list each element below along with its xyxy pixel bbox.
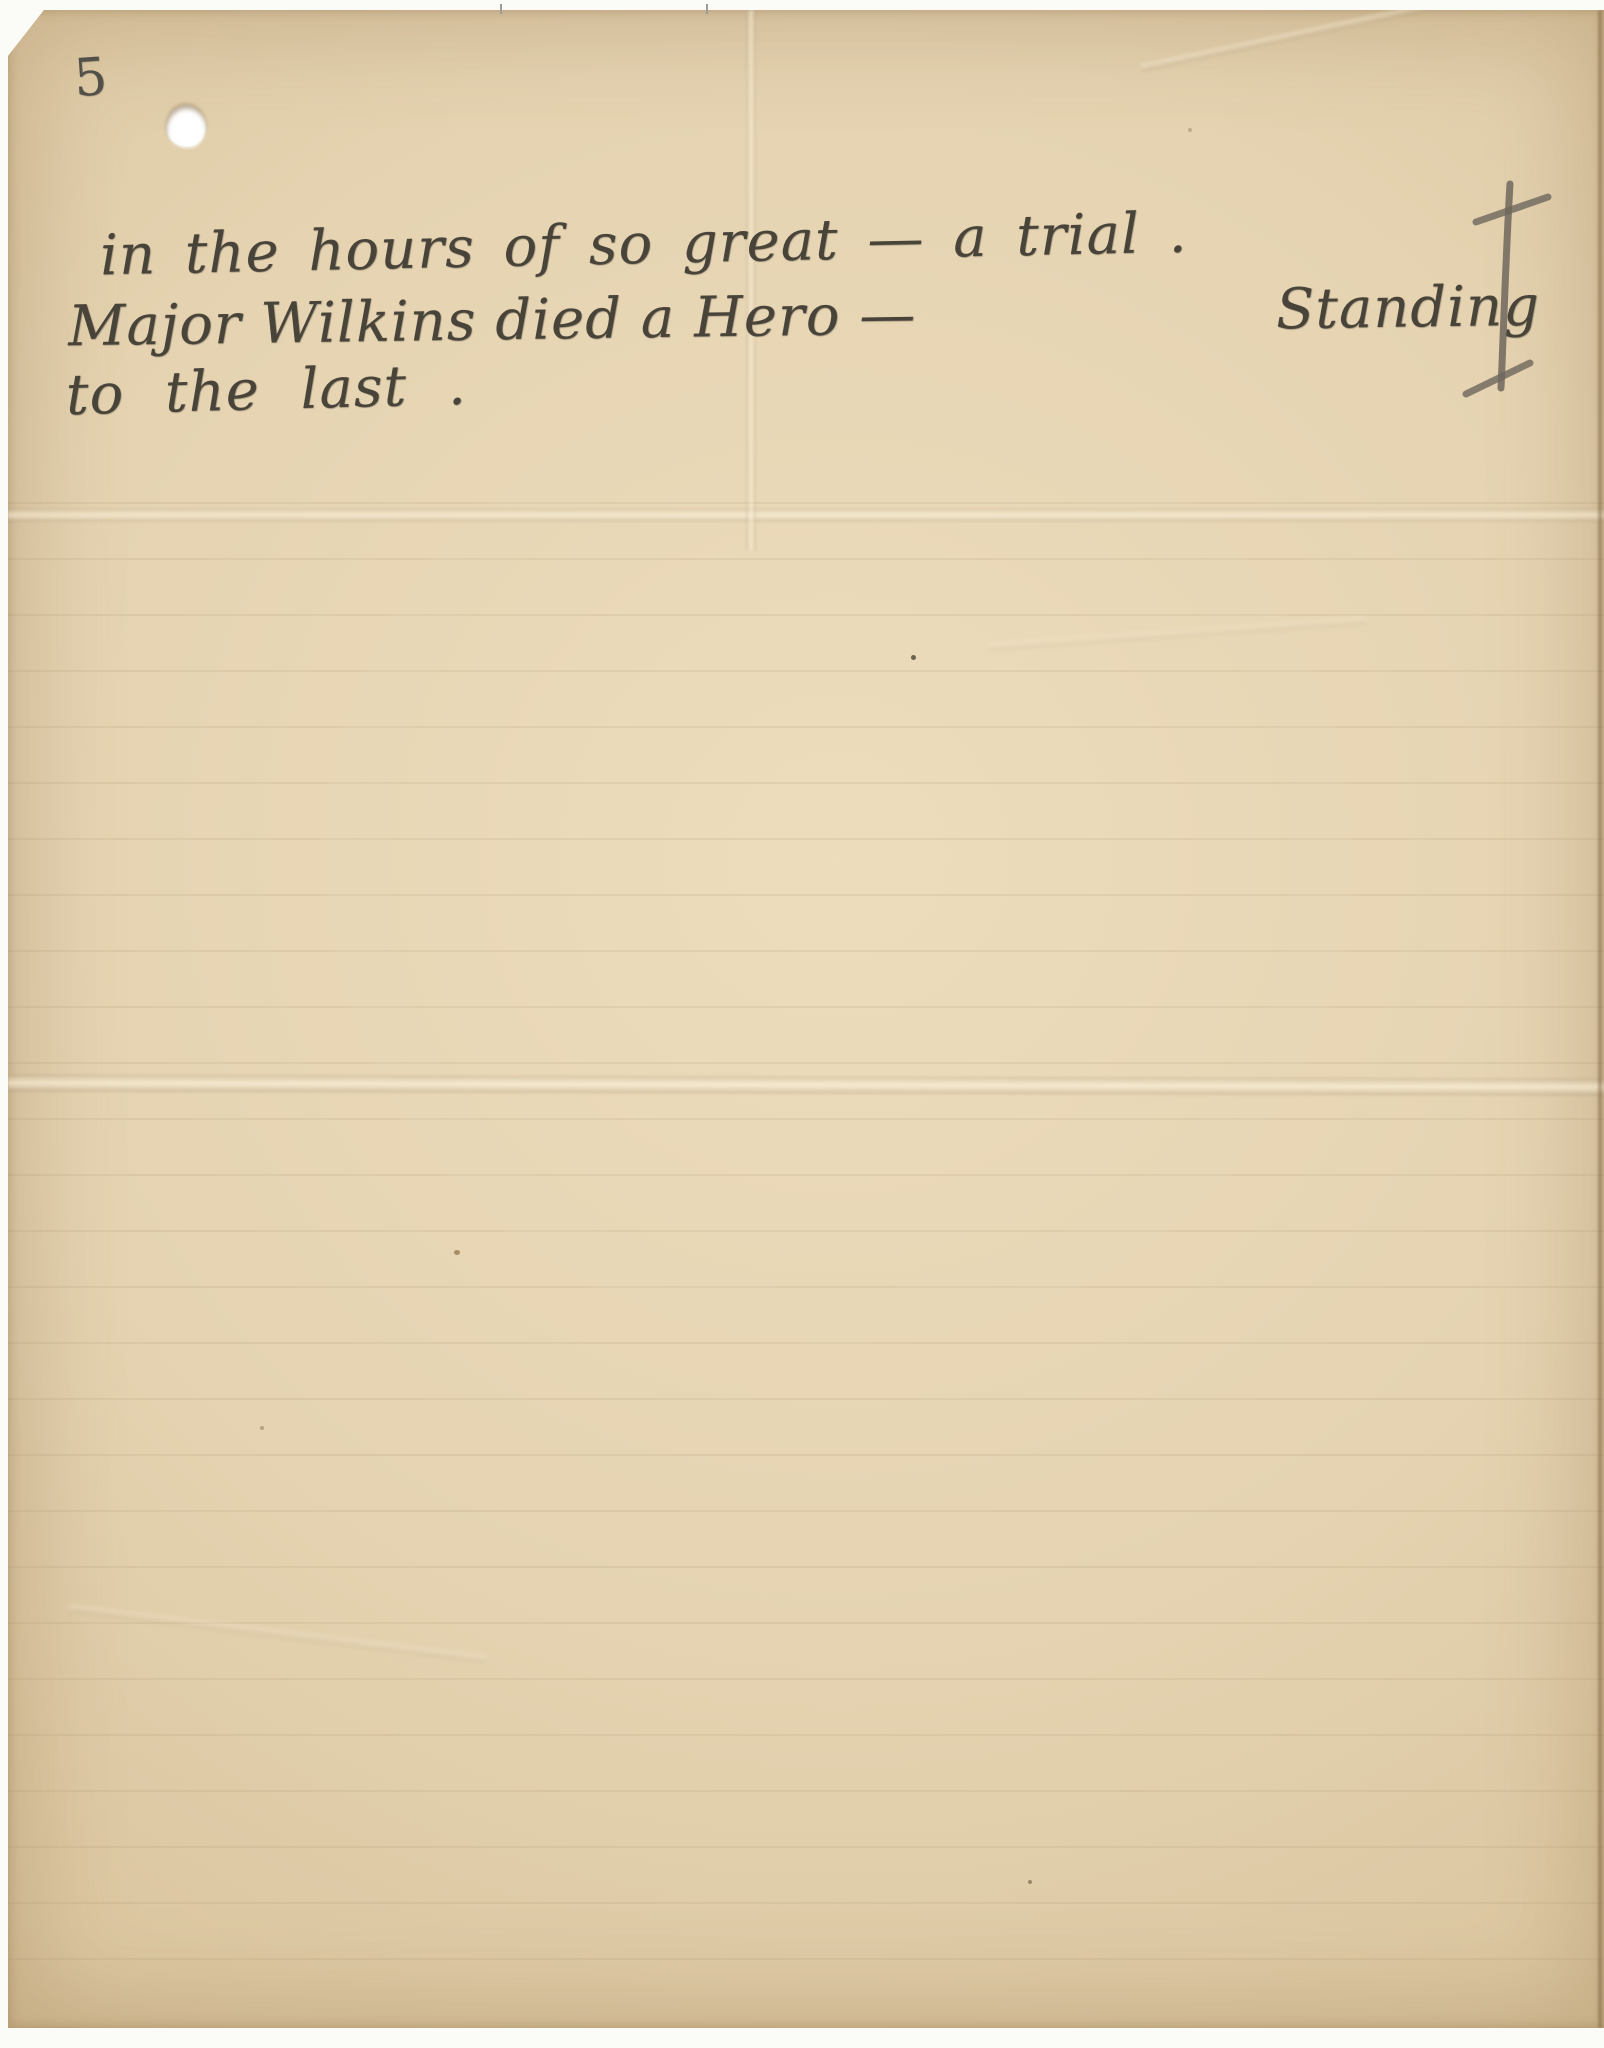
- age-speck: [1028, 1880, 1032, 1884]
- pencil-tally-mark-icon: [1446, 170, 1576, 410]
- age-speck: [454, 1250, 460, 1255]
- handwriting-line-1: in the hours of so great — a trial .: [99, 201, 1188, 289]
- age-speck: [911, 655, 916, 660]
- ruled-lines: [8, 448, 1604, 2008]
- age-speck: [260, 1426, 264, 1430]
- age-speck: [1188, 128, 1192, 132]
- handwriting-line-2-left: Major Wilkins died a Hero —: [68, 282, 917, 359]
- handwriting-line-3: to the last .: [65, 353, 467, 428]
- paper-right-edge-shadow: [1598, 10, 1602, 2028]
- handwriting-line-2: Major Wilkins died a Hero — Standing: [68, 274, 1541, 360]
- punch-hole: [163, 102, 208, 149]
- page-number: 5: [72, 47, 109, 109]
- scanner-tick-mark: [706, 4, 708, 14]
- diagonal-crease: [1141, 0, 1465, 72]
- scanner-tick-mark: [500, 4, 502, 14]
- paper-sheet: 5 in the hours of so great — a trial . M…: [8, 10, 1604, 2028]
- scanned-document: 5 in the hours of so great — a trial . M…: [0, 0, 1604, 2048]
